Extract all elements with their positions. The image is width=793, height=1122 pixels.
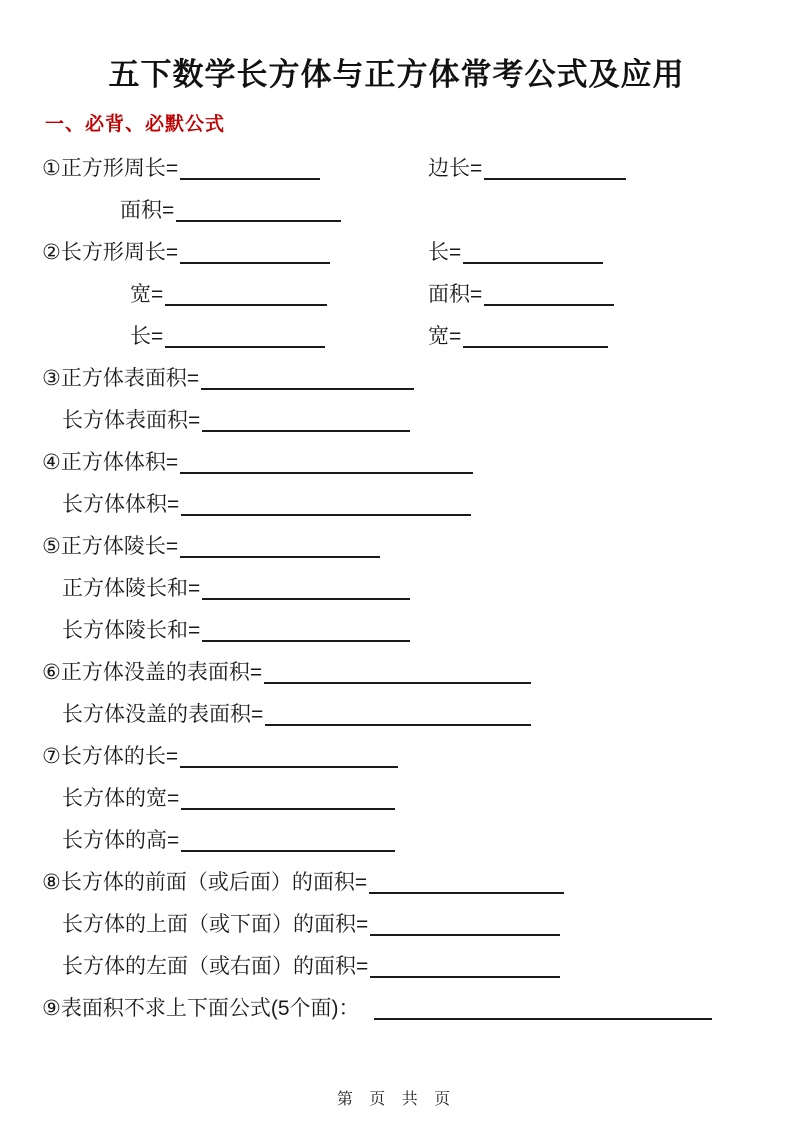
formula-label: ⑤正方体陵长= [42,535,178,558]
formula-row: 正方体陵长和= [42,568,773,610]
formula-label: 面积= [428,283,482,306]
formula-label: ⑦长方体的长= [42,745,178,768]
formula-row: 长方体的宽= [42,778,773,820]
formula-row: ⑧长方体的前面（或后面）的面积= [42,862,773,904]
blank-line [180,536,380,558]
blank-line [202,620,410,642]
blank-line [165,326,325,348]
formula-label: 长方体的左面（或右面）的面积= [62,955,368,978]
section-heading: 一、必背、必默公式 [45,112,793,138]
formula-row: 长方体的上面（或下面）的面积= [42,904,773,946]
blank-line [176,200,341,222]
formula-label: 长方体没盖的表面积= [62,703,263,726]
formula-label: 长方体体积= [62,493,179,516]
formula-label: 面积= [120,199,174,222]
formula-row: 长方体表面积= [42,400,773,442]
formula-label: 宽= [130,283,163,306]
formula-list: ①正方形周长=边长=面积=②长方形周长=长=宽=面积=长=宽=③正方体表面积=长… [0,148,793,1030]
formula-row: 长方体没盖的表面积= [42,694,773,736]
formula-row: 面积= [42,190,773,232]
formula-label: 长= [130,325,163,348]
formula-row: ⑥正方体没盖的表面积= [42,652,773,694]
blank-line [463,326,608,348]
formula-row: ⑨表面积不求上下面公式(5个面)： [42,988,773,1030]
formula-row: ⑤正方体陵长= [42,526,773,568]
blank-line [264,662,531,684]
formula-row: 长方体体积= [42,484,773,526]
formula-row: ②长方形周长=长= [42,232,773,274]
blank-line [370,914,560,936]
formula-label: ⑧长方体的前面（或后面）的面积= [42,871,367,894]
formula-label: ①正方形周长= [42,157,178,180]
blank-line [202,578,410,600]
formula-row: 长=宽= [42,316,773,358]
blank-line [181,788,395,810]
formula-label: 长方体陵长和= [62,619,200,642]
formula-row: 宽=面积= [42,274,773,316]
blank-line [463,242,603,264]
formula-row: 长方体陵长和= [42,610,773,652]
blank-line [181,830,395,852]
worksheet-page: 五下数学长方体与正方体常考公式及应用 一、必背、必默公式 ①正方形周长=边长=面… [0,0,793,1122]
blank-line [201,368,414,390]
page-footer: 第 页 共 页 [0,1086,793,1109]
formula-label: ②长方形周长= [42,241,178,264]
formula-label: 长方体的高= [62,829,179,852]
blank-line [370,956,560,978]
blank-line [180,452,473,474]
formula-row: ③正方体表面积= [42,358,773,400]
blank-line [202,410,410,432]
blank-line [484,158,626,180]
formula-row: 长方体的左面（或右面）的面积= [42,946,773,988]
blank-line [484,284,614,306]
formula-label: 宽= [428,325,461,348]
page-title: 五下数学长方体与正方体常考公式及应用 [0,52,793,98]
formula-label: 边长= [428,157,482,180]
formula-row: 长方体的高= [42,820,773,862]
formula-row: ⑦长方体的长= [42,736,773,778]
blank-line [180,746,398,768]
formula-label: 正方体陵长和= [62,577,200,600]
formula-label: ⑨表面积不求上下面公式(5个面)： [42,997,360,1020]
blank-line [374,998,712,1020]
blank-line [369,872,564,894]
formula-row: ④正方体体积= [42,442,773,484]
formula-label: 长= [428,241,461,264]
blank-line [180,242,330,264]
formula-label: ③正方体表面积= [42,367,199,390]
formula-label: ④正方体体积= [42,451,178,474]
blank-line [265,704,531,726]
blank-line [180,158,320,180]
formula-label: 长方体的上面（或下面）的面积= [62,913,368,936]
formula-label: 长方体表面积= [62,409,200,432]
formula-row: ①正方形周长=边长= [42,148,773,190]
formula-label: 长方体的宽= [62,787,179,810]
blank-line [165,284,327,306]
blank-line [181,494,471,516]
formula-label: ⑥正方体没盖的表面积= [42,661,262,684]
